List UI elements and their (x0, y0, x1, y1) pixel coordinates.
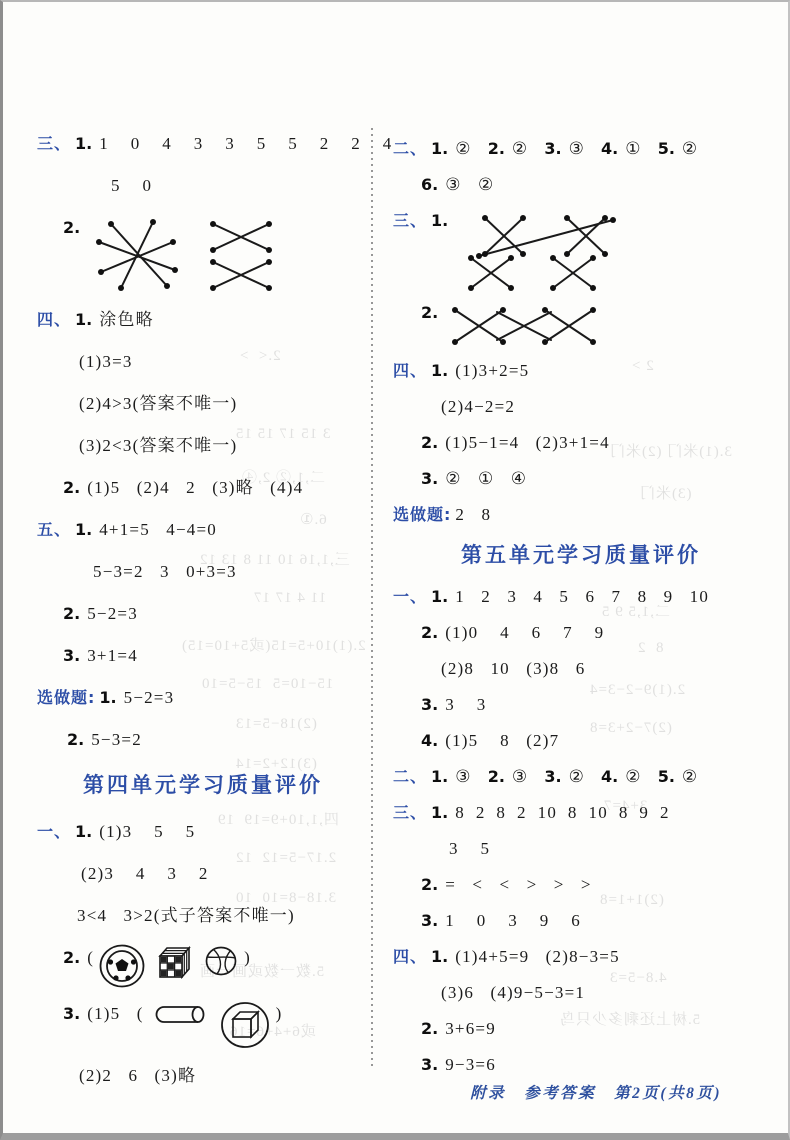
answer-line: 2.5−3=2 (37, 726, 369, 753)
item-number: 3. (63, 642, 80, 669)
answer-text: (1)5 ( (87, 1000, 143, 1027)
answer-line: 五、1.4+1=5 4−4=0 (37, 516, 369, 543)
item-number: 2. (63, 214, 80, 241)
answer-text: ② (625, 764, 641, 790)
answer-line: 2.(1)5 (2)4 2 (3)略 (4)4 (37, 474, 369, 501)
answer-line: 3 5 (393, 836, 769, 862)
answer-text: 5−2=3 (124, 684, 175, 711)
section-marker: 三、 (393, 208, 427, 234)
answer-line: 2.= < < > > > (393, 872, 769, 898)
answer-text: ② (569, 764, 585, 790)
answer-line: 3.3+1=4 (37, 642, 369, 669)
answer-line: 3.② ① ④ (393, 466, 769, 492)
answer-text: ) (244, 944, 251, 971)
left-column: 三、1.1 0 4 3 3 5 5 2 2 45 02.四、1.涂色略(1)3=… (37, 130, 369, 1104)
cube-circled-icon (219, 1000, 271, 1050)
item-number: 2. (421, 872, 438, 898)
match-cross-a-matching-diagram (455, 210, 640, 294)
answer-text: ③ ② (445, 172, 494, 198)
answer-line: 3.1 0 3 9 6 (393, 908, 769, 934)
item-number: 1. (75, 818, 92, 845)
answer-line: 一、1.1 2 3 4 5 6 7 8 9 10 (393, 584, 769, 610)
item-number: 1. (431, 136, 448, 162)
section-marker: 四、 (393, 358, 427, 384)
answer-key-page: 2.< >3 15 17 15 15二,1,② 2,④6.①三,1,16 10 … (0, 0, 790, 1140)
basketball-icon (203, 944, 239, 978)
unit-heading-row: 第四单元学习质量评价 (37, 768, 369, 802)
answer-line: 选做题:1.5−2=3 (37, 684, 369, 711)
answer-line: 5 0 (37, 172, 369, 199)
answer-line: 6.③ ② (393, 172, 769, 198)
answer-line: 四、1.(1)4+5=9 (2)8−3=5 (393, 944, 769, 970)
answer-line: 2. (393, 300, 769, 348)
answer-text: (1)5 (2)4 2 (3)略 (4)4 (87, 474, 303, 501)
item-number: 2. (63, 944, 80, 971)
section-marker: 二、 (393, 136, 427, 162)
item-number: 1. (431, 358, 448, 384)
answer-line: (1)3=3 (37, 348, 369, 375)
item-number: 3. (544, 764, 561, 790)
answer-line: 4.(1)5 8 (2)7 (393, 728, 769, 754)
answer-text: (1)5−1=4 (2)3+1=4 (445, 430, 610, 456)
answer-line: 2.(1)0 4 6 7 9 (393, 620, 769, 646)
item-number: 3. (421, 908, 438, 934)
answer-text: 5 0 (111, 172, 152, 199)
answer-line: 2.5−2=3 (37, 600, 369, 627)
answer-line: 三、1.8 2 8 2 10 8 10 8 9 2 (393, 800, 769, 826)
item-number: 1. (431, 944, 448, 970)
answer-text: 5−2=3 (87, 600, 138, 627)
item-number: 1. (75, 130, 92, 157)
answer-line: 三、1. (393, 208, 769, 294)
item-number: 5. (658, 764, 675, 790)
answer-text: (1)3 5 5 (99, 818, 195, 845)
answer-text: (2)3 4 3 2 (81, 860, 209, 887)
match-cross-b-matching-diagram (445, 302, 605, 348)
item-number: 3. (421, 466, 438, 492)
rubik-cube-icon (155, 944, 193, 980)
answer-line: 3.9−3=6 (393, 1052, 769, 1078)
answer-line: 一、1.(1)3 5 5 (37, 818, 369, 845)
answer-line: 二、1.②2.②3.③4.①5.② (393, 136, 769, 162)
answer-line: 2. (37, 214, 369, 294)
item-number: 4. (601, 136, 618, 162)
answer-line: 3<4 3>2(式子答案不唯一) (37, 902, 369, 929)
section-marker: 四、 (393, 944, 427, 970)
answer-text: 1 2 3 4 5 6 7 8 9 10 (455, 584, 709, 610)
answer-text: ② (455, 136, 471, 162)
item-number: 2. (421, 620, 438, 646)
unit-heading-row: 第五单元学习质量评价 (393, 538, 769, 572)
answer-text: (1)3+2=5 (455, 358, 529, 384)
item-number: 3. (421, 1052, 438, 1078)
answer-text: ③ (569, 136, 585, 162)
answer-text: 4+1=5 4−4=0 (99, 516, 217, 543)
answer-text: (1)0 4 6 7 9 (445, 620, 604, 646)
item-number: 1. (431, 584, 448, 610)
answer-text: 5−3=2 (91, 726, 142, 753)
answer-line: (2)4−2=2 (393, 394, 769, 420)
answer-line: (2)2 6 (3)略 (37, 1062, 369, 1089)
item-number: 1. (431, 764, 448, 790)
answer-text: (2)4>3(答案不唯一) (79, 390, 237, 417)
answer-text: 2 8 (455, 502, 491, 528)
answer-line: 3.3 3 (393, 692, 769, 718)
answer-line: (3)6 (4)9−5−3=1 (393, 980, 769, 1006)
answer-line: 2.3+6=9 (393, 1016, 769, 1042)
answer-line: 2.( (37, 944, 369, 988)
answer-text: (2)8 10 (3)8 6 (441, 656, 585, 682)
section-marker: 五、 (37, 516, 71, 543)
section-marker: 一、 (37, 818, 71, 845)
section-marker: 三、 (393, 800, 427, 826)
answer-text: 5−3=2 3 0+3=3 (93, 558, 237, 585)
right-column: 二、1.②2.②3.③4.①5.②6.③ ②三、1.2.四、1.(1)3+2=5… (393, 136, 769, 1088)
answer-text: 3<4 3>2(式子答案不唯一) (77, 902, 295, 929)
column-divider (371, 128, 373, 1068)
item-number: 1. (431, 800, 448, 826)
item-number: 3. (544, 136, 561, 162)
answer-text: 3 3 (445, 692, 486, 718)
section-marker: 选做题: (393, 502, 451, 528)
item-number: 3. (421, 692, 438, 718)
item-number: 1. (75, 516, 92, 543)
item-number: 2. (63, 474, 80, 501)
item-number: 2. (488, 136, 505, 162)
answer-text: ( (87, 944, 94, 971)
answer-text: (1)5 8 (2)7 (445, 728, 559, 754)
answer-line: (2)3 4 3 2 (37, 860, 369, 887)
answer-line: 四、1.涂色略 (37, 306, 369, 333)
answer-text: 3+1=4 (87, 642, 138, 669)
answer-text: = < < > > > (445, 872, 591, 898)
answer-line: 三、1.1 0 4 3 3 5 5 2 2 4 (37, 130, 369, 157)
answer-text: ③ (512, 764, 528, 790)
section-marker: 一、 (393, 584, 427, 610)
answer-text: 3 5 (449, 836, 490, 862)
item-number: 5. (658, 136, 675, 162)
section-marker: 二、 (393, 764, 427, 790)
answer-text: 涂色略 (99, 306, 154, 333)
answer-text: ② (682, 136, 698, 162)
answer-text: 1 0 4 3 3 5 5 2 2 4 (99, 130, 392, 157)
answer-text: 1 0 3 9 6 (445, 908, 581, 934)
answer-text: ② (682, 764, 698, 790)
answer-text: ② ① ④ (445, 466, 527, 492)
item-number: 2. (488, 764, 505, 790)
section-marker: 选做题: (37, 684, 95, 711)
answer-line: 2.(1)5−1=4 (2)3+1=4 (393, 430, 769, 456)
unit-heading: 第四单元学习质量评价 (37, 768, 369, 802)
answer-text: ③ (455, 764, 471, 790)
answer-line: 3.(1)5 ( ) (37, 1000, 369, 1050)
item-number: 2. (67, 726, 84, 753)
answer-text: (3)6 (4)9−5−3=1 (441, 980, 585, 1006)
answer-text: 8 2 8 2 10 8 10 8 9 2 (455, 800, 670, 826)
page-footer-text: 附录 参考答案 第2页(共8页) (470, 1085, 722, 1102)
item-number: 1. (99, 684, 116, 711)
answer-text: (2)2 6 (3)略 (79, 1062, 196, 1089)
section-marker: 四、 (37, 306, 71, 333)
item-number: 2. (63, 600, 80, 627)
cylinder-icon (149, 1000, 209, 1028)
answer-text: ① (625, 136, 641, 162)
answer-text: 3+6=9 (445, 1016, 496, 1042)
item-number: 2. (421, 300, 438, 326)
answer-line: (3)2<3(答案不唯一) (37, 432, 369, 459)
soccer-ball-circled-icon (99, 944, 145, 988)
answer-text: (1)4+5=9 (2)8−3=5 (455, 944, 620, 970)
answer-line: 选做题:2 8 (393, 502, 769, 528)
item-number: 1. (431, 208, 448, 234)
item-number: 2. (421, 430, 438, 456)
section-marker: 三、 (37, 130, 71, 157)
match-star-matching-diagram (87, 216, 287, 294)
answer-text: (1)3=3 (79, 348, 133, 375)
answer-line: (2)4>3(答案不唯一) (37, 390, 369, 417)
item-number: 4. (421, 728, 438, 754)
item-number: 4. (601, 764, 618, 790)
answer-line: (2)8 10 (3)8 6 (393, 656, 769, 682)
page-footer: 附录 参考答案 第2页(共8页) (470, 1081, 722, 1103)
answer-text: (2)4−2=2 (441, 394, 515, 420)
answer-text: 9−3=6 (445, 1052, 496, 1078)
answer-line: 二、1.③2.③3.②4.②5.② (393, 764, 769, 790)
item-number: 1. (75, 306, 92, 333)
item-number: 2. (421, 1016, 438, 1042)
answer-text: (3)2<3(答案不唯一) (79, 432, 237, 459)
answer-text: ) (276, 1000, 283, 1027)
answer-line: 四、1.(1)3+2=5 (393, 358, 769, 384)
item-number: 3. (63, 1000, 80, 1027)
item-number: 6. (421, 172, 438, 198)
answer-text: ② (512, 136, 528, 162)
unit-heading: 第五单元学习质量评价 (393, 538, 769, 572)
answer-line: 5−3=2 3 0+3=3 (37, 558, 369, 585)
